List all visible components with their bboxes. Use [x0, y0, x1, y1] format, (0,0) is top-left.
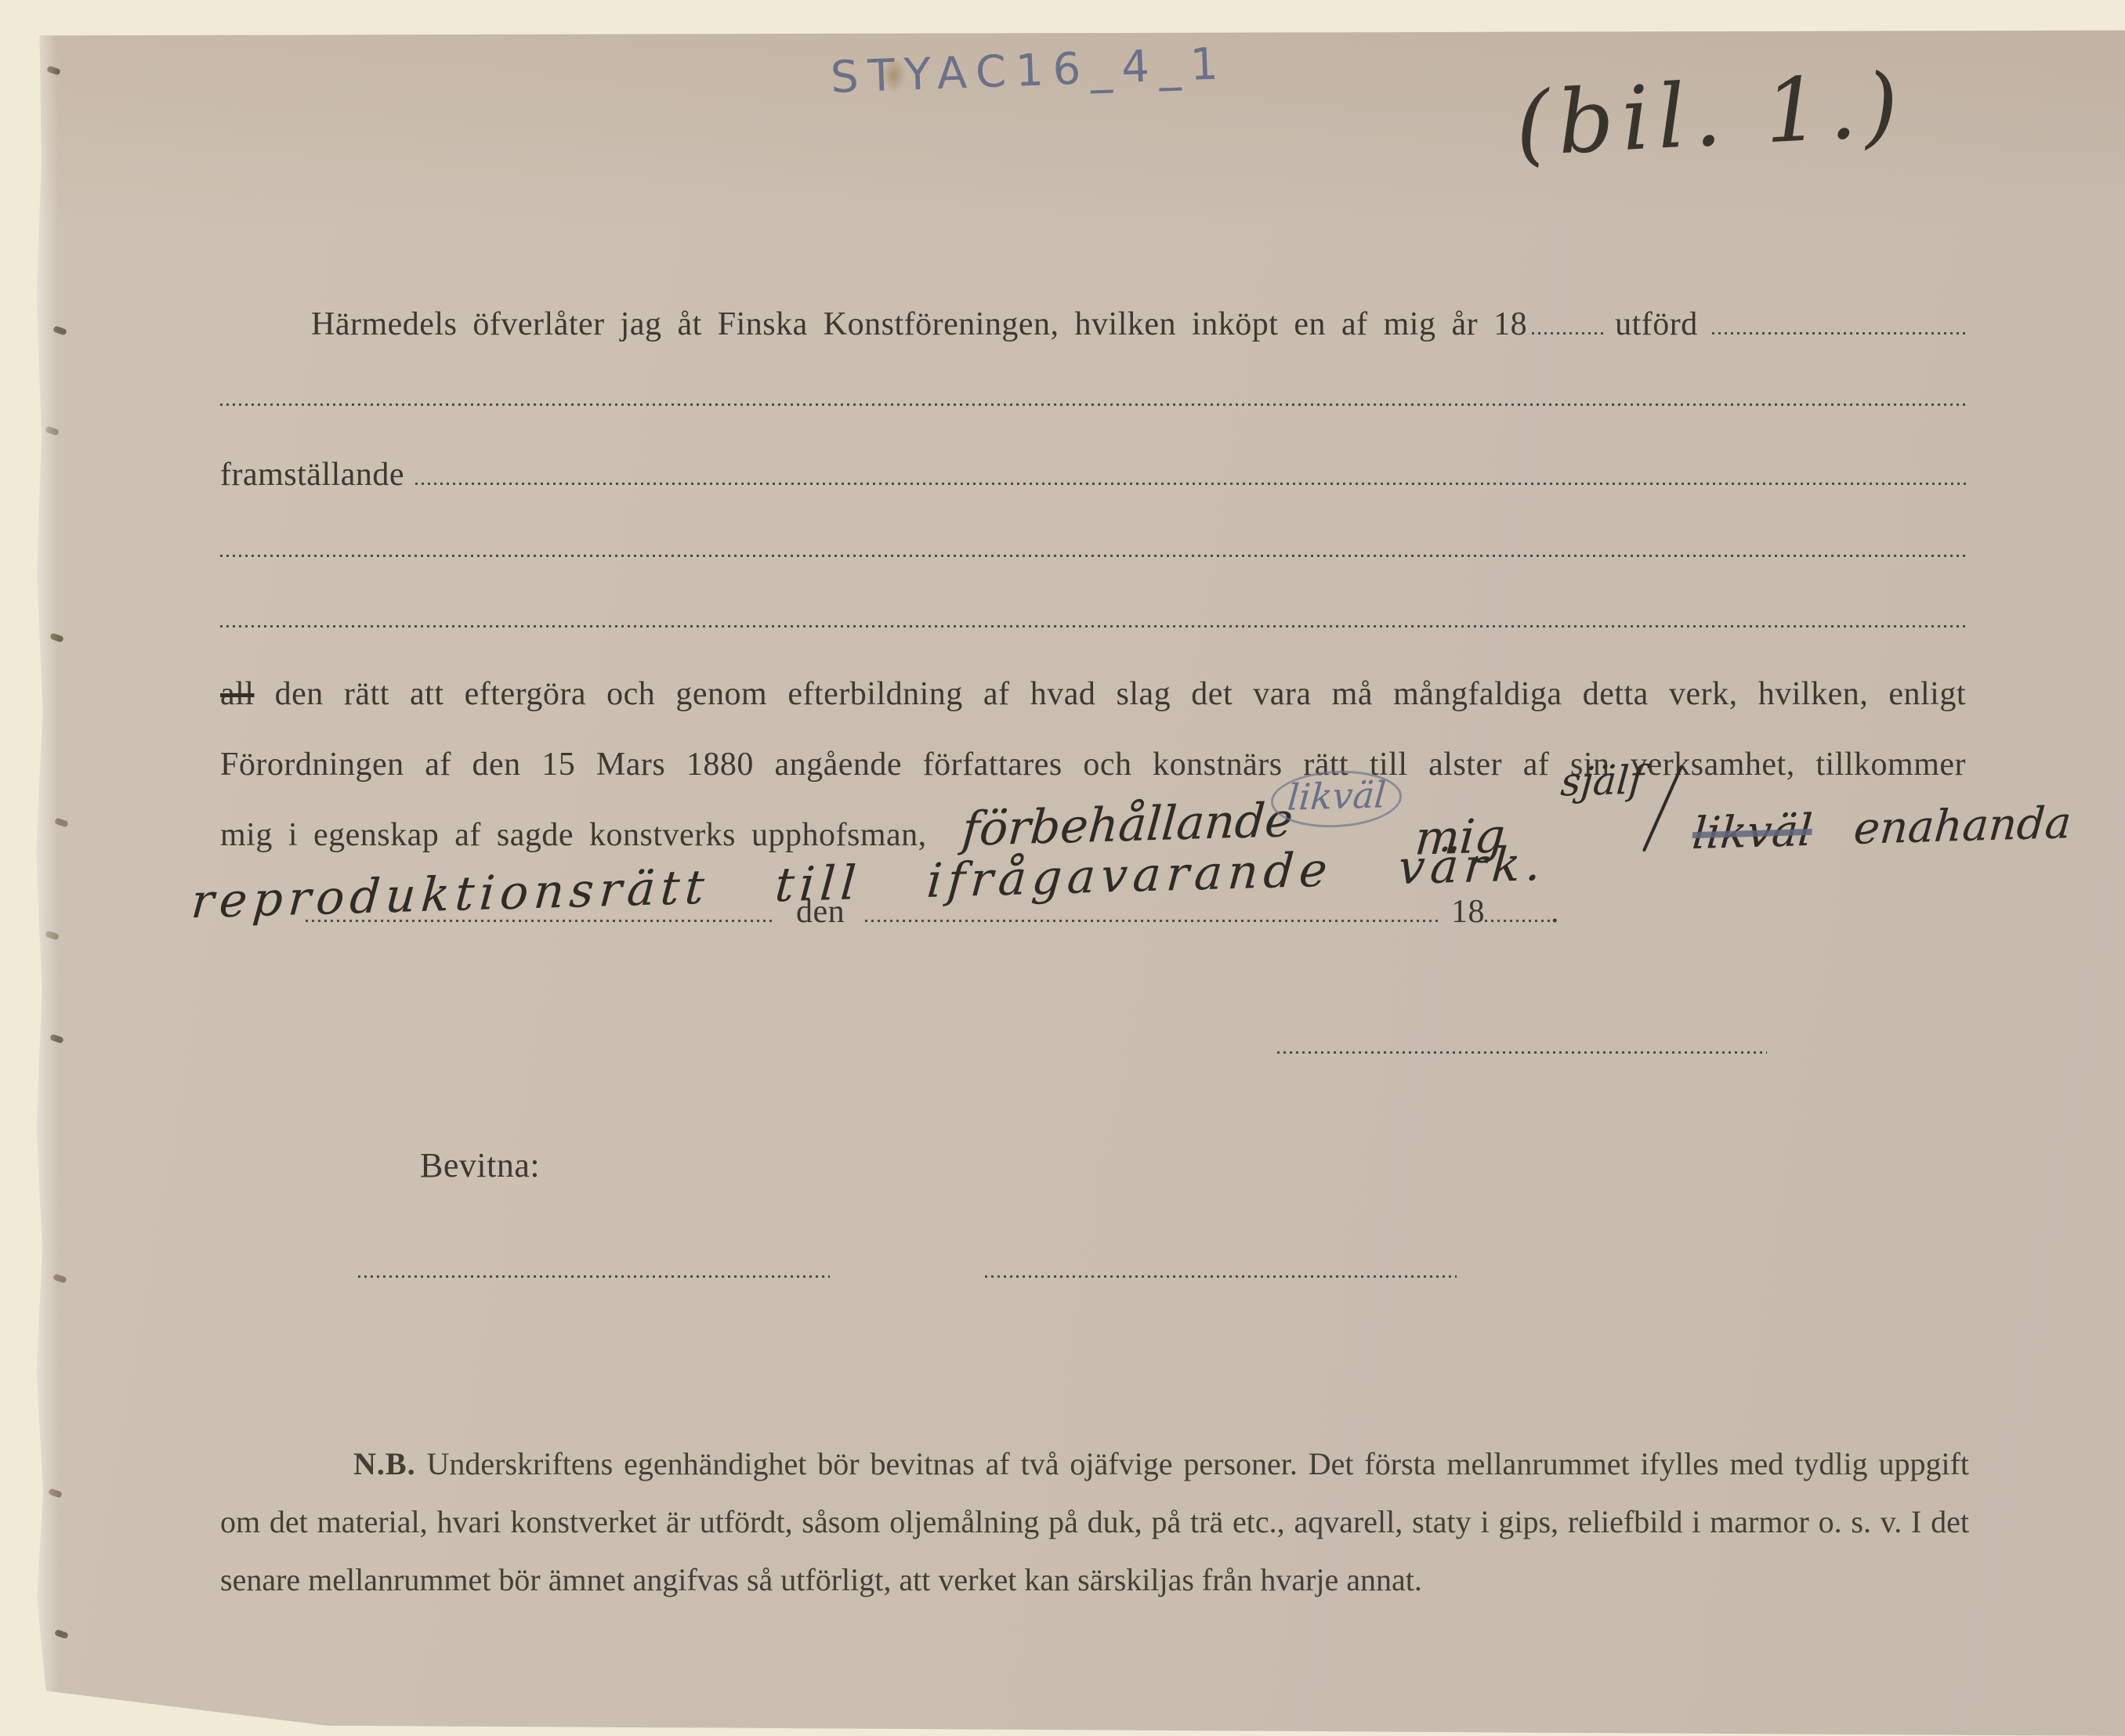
rights-line-2: Förordningen af den 15 Mars 1880 angåend…	[220, 746, 1966, 783]
framstallande-label: framställande	[220, 456, 404, 494]
paper-page: STYAC16_4_1 (bil. 1.) Härmedels öfverlåt…	[34, 0, 2125, 1736]
bevitna-label: Bevitna:	[420, 1145, 540, 1185]
stitch-hole	[49, 1034, 64, 1044]
nb-text: Underskriftens egenhändighet bör bevitna…	[220, 1446, 1969, 1597]
stitch-hole	[46, 66, 61, 76]
date-line: den 18 .	[306, 893, 1559, 931]
handwriting-struck-word: likväl	[1691, 805, 1815, 859]
stitch-hole	[49, 633, 64, 643]
date-den-label: den	[796, 893, 845, 931]
year-prefix: 18	[1451, 893, 1485, 931]
year-fill-line	[1532, 332, 1604, 335]
place-fill-line	[306, 920, 776, 922]
fill-line	[220, 403, 1966, 406]
rights-line-1-text: den rätt att eftergöra och genom efterbi…	[275, 676, 1966, 712]
year-fill-line	[1485, 920, 1551, 922]
handwriting-enahanda: enahanda	[1852, 797, 2073, 855]
fill-line	[1712, 332, 1966, 335]
stitch-hole	[54, 1629, 69, 1640]
archival-code-annotation: STYAC16_4_1	[830, 38, 1229, 103]
utford-label: utförd	[1615, 306, 1698, 343]
stitch-hole	[52, 326, 67, 336]
framstallande-line: framställande	[220, 456, 1966, 494]
fill-line	[415, 483, 1966, 485]
opening-line-text: Härmedels öfverlåter jag åt Finska Konst…	[311, 306, 1527, 343]
stitch-hole	[48, 1488, 63, 1499]
stitch-hole	[52, 1274, 67, 1284]
rights-line-1: all den rätt att eftergöra och genom eft…	[220, 675, 1966, 713]
stitch-hole	[45, 931, 60, 941]
corner-note-annotation: (bil. 1.)	[1513, 54, 1909, 176]
handwriting-sjalf-insert: själf	[1559, 757, 1645, 805]
fill-line	[220, 625, 1966, 627]
nb-label: N.B.	[353, 1446, 416, 1481]
scanned-form-screenshot: { "document": { "archival_code": "STYAC1…	[0, 0, 2125, 1736]
opening-line: Härmedels öfverlåter jag åt Finska Konst…	[220, 306, 1966, 343]
nb-footnote: N.B. Underskriftens egenhändighet bör be…	[220, 1435, 1969, 1609]
fill-line	[220, 555, 1966, 557]
signature-line	[1277, 1051, 1767, 1054]
stitch-hole	[54, 818, 69, 828]
struck-word-all: all	[220, 676, 254, 712]
witness-line-1	[358, 1275, 830, 1278]
rights-line-3-text: mig i egenskap af sagde konstverks uppho…	[220, 816, 927, 854]
date-fill-line	[865, 920, 1439, 922]
stitch-hole	[45, 426, 60, 436]
witness-line-2	[985, 1275, 1457, 1278]
date-period: .	[1551, 893, 1559, 931]
